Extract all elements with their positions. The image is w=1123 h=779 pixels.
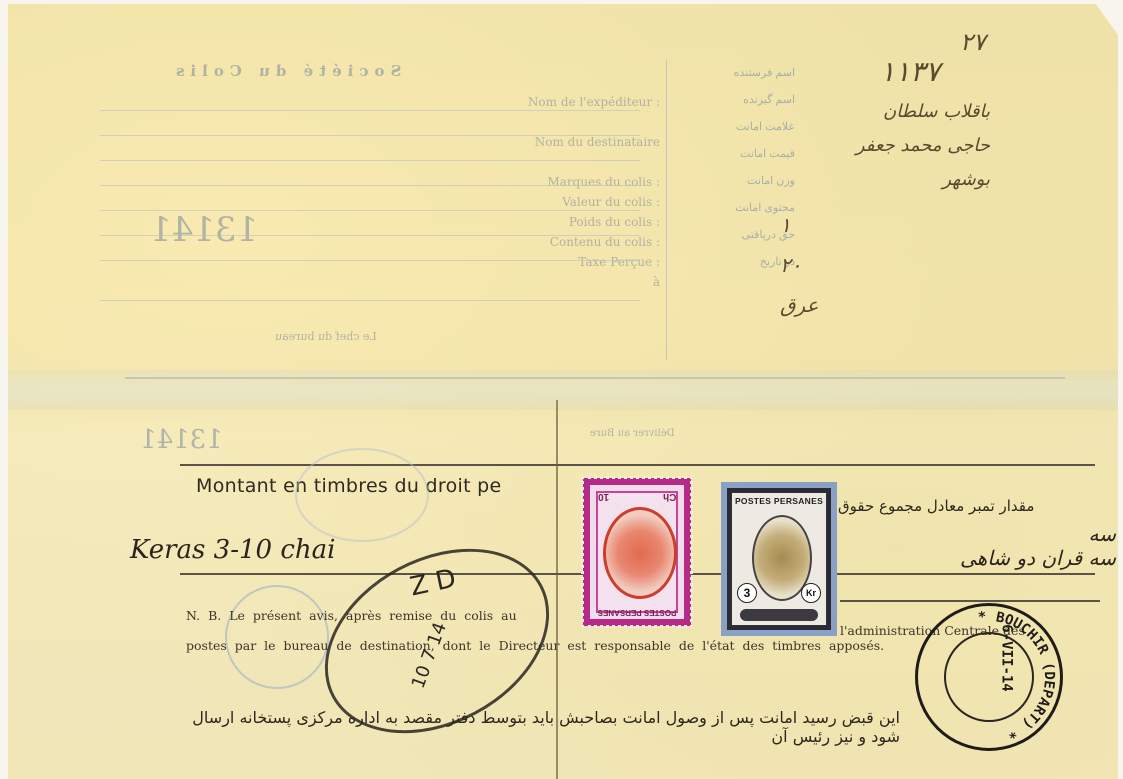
bleed-label: Valeur du colis : (460, 192, 660, 212)
handwritten-details: ۱۲۰عرق (780, 205, 819, 325)
bleed-rule (100, 210, 640, 211)
fold-rule (125, 377, 1065, 379)
bleed-lower-label: Délivrer au Bure (590, 428, 675, 439)
bleed-label: Nom de l'expéditeur : (460, 92, 660, 112)
bleed-rule (100, 300, 640, 301)
handwritten-reference-number: ۱۱۳۷ (880, 55, 940, 88)
handwritten-address: باقلاب سلطانحاجی محمد جعفربوشهر (770, 95, 990, 197)
stamp-persian-banner (740, 609, 818, 621)
stamp-body: POSTES PERSANES 3 Kr (731, 492, 827, 626)
right-rule (840, 600, 1100, 602)
handwritten-corner-number: ۲۷ (960, 28, 986, 56)
stamp-unit: Kr (801, 583, 821, 603)
bleed-rule (100, 160, 640, 161)
bleed-rule (100, 110, 640, 111)
bleed-rule (100, 235, 640, 236)
bleed-serial-number-lower: 13141 (140, 425, 223, 455)
postmark-inner-ring (944, 632, 1034, 722)
postmark-date: 6-VII-14 (999, 624, 1015, 691)
bleed-label: Poids du colis : (460, 212, 660, 232)
bleed-rule (100, 135, 640, 136)
stamp-3-krans: POSTES PERSANES 3 Kr (721, 482, 837, 636)
bleed-column-divider (666, 60, 667, 360)
bleed-label: Taxe Perçue : (460, 252, 660, 272)
fold-crease (8, 370, 1118, 410)
bouchir-postmark: * BOUCHIR (DEPART) * 6-VII-14 (915, 603, 1063, 751)
stamp-value: 3 (737, 583, 757, 603)
bleed-rule (100, 260, 640, 261)
faint-blue-cancellation (225, 585, 329, 689)
bleed-rule (100, 185, 640, 186)
bleed-title: Société du Colis (170, 62, 401, 80)
montant-label-persian: مقدار تمبر معادل مجموع حقوق (838, 497, 1034, 515)
bleed-serial-number: 13141 (150, 210, 258, 250)
stamp-country: POSTES PERSANES (590, 608, 684, 617)
notice-persian: این قبض رسید امانت پس از وصول امانت بصاح… (180, 708, 900, 746)
stamp-unit: Ch (663, 491, 676, 502)
lion-and-sun-emblem (603, 507, 677, 599)
vertical-fold (556, 400, 558, 779)
bleed-signature-label: Le chef du bureau (275, 330, 377, 343)
stamp-country: POSTES PERSANES (732, 496, 826, 506)
faint-blue-cancellation (295, 448, 429, 542)
bleed-label: Marques du colis : (460, 172, 660, 192)
stamp-10-chahis: 10 Ch POSTES PERSANES (583, 478, 691, 626)
bleed-label: à (460, 272, 660, 292)
handwritten-amount-persian: سهسه قران دو شاهی (960, 522, 1116, 570)
stamp-value: 10 (598, 491, 609, 502)
bleed-labels: Nom de l'expéditeur : Nom du destinatair… (460, 92, 660, 292)
handwritten-amount-french: Keras 3-10 chai (130, 535, 335, 565)
